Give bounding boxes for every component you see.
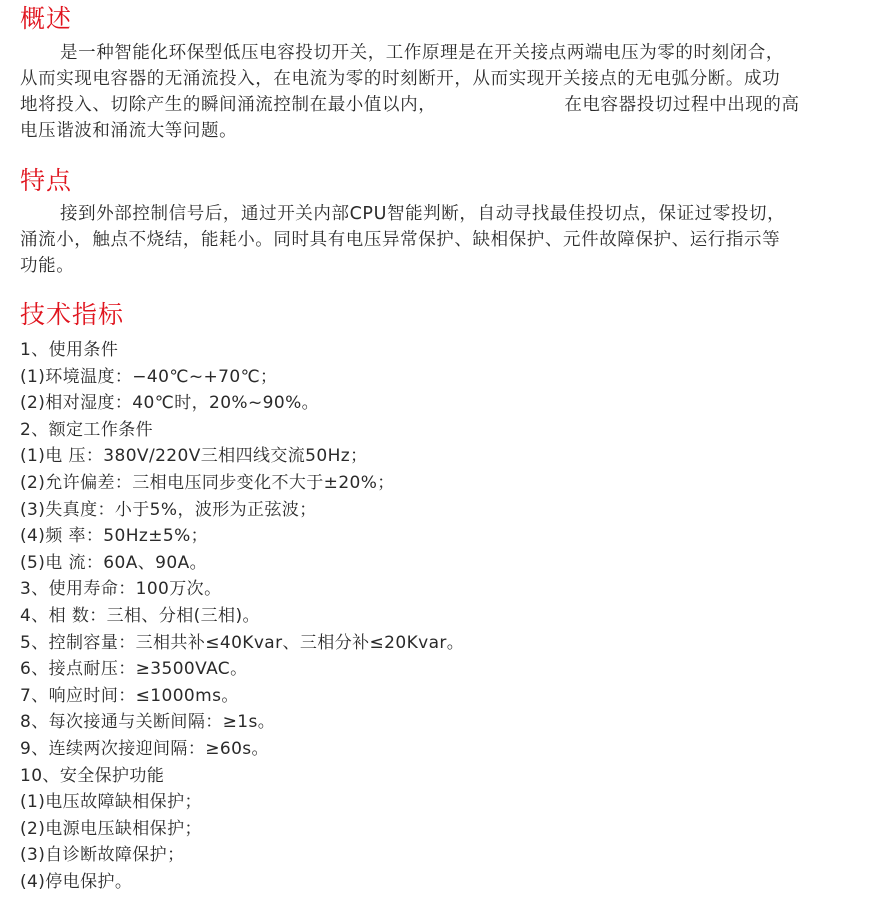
features-line-1: 接到外部控制信号后，通过开关内部CPU智能判断，自动寻找最佳投切点，保证过零投切… [20,201,866,227]
overview-line-1: 是一种智能化环保型低压电容投切开关，工作原理是在开关接点两端电压为零的时刻闭合， [20,40,866,66]
spec-item: (4)频 率：50Hz±5%； [20,523,464,550]
spec-item: 7、响应时间：≤1000ms。 [20,683,464,710]
spec-item: 3、使用寿命：100万次。 [20,576,464,603]
features-line-2: 涌流小，触点不烧结，能耗小。同时具有电压异常保护、缺相保护、元件故障保护、运行指… [20,227,866,253]
spec-item: (5)电 流：60A、90A。 [20,550,464,577]
spec-item: 5、控制容量：三相共补≤40Kvar、三相分补≤20Kvar。 [20,630,464,657]
features-line-3: 功能。 [20,253,866,279]
spec-item: 9、连续两次接迎间隔：≥60s。 [20,736,464,763]
spec-item: 4、相 数：三相、分相(三相)。 [20,603,464,630]
spec-item: 6、接点耐压：≥3500VAC。 [20,656,464,683]
spec-item: (1)电 压：380V/220V三相四线交流50Hz； [20,443,464,470]
features-paragraph: 接到外部控制信号后，通过开关内部CPU智能判断，自动寻找最佳投切点，保证过零投切… [20,201,866,279]
spec-item: (3)自诊断故障保护； [20,842,464,869]
spec-item: 10、安全保护功能 [20,763,464,790]
overview-line-3: 地将投入、切除产生的瞬间涌流控制在最小值以内，在电容器投切过程中出现的高 [20,92,866,118]
spec-item: (2)允许偏差：三相电压同步变化不大于±20%； [20,470,464,497]
spec-item: 2、额定工作条件 [20,417,464,444]
overview-line-3a-text: 地将投入、切除产生的瞬间涌流控制在最小值以内， [20,95,436,115]
overview-heading: 概述 [20,4,72,34]
overview-line-3b-text: 在电容器投切过程中出现的高 [564,95,799,115]
overview-line-2: 从而实现电容器的无涌流投入，在电流为零的时刻断开，从而实现开关接点的无电弧分断。… [20,66,866,92]
spec-item: (3)失真度：小于5%，波形为正弦波； [20,497,464,524]
overview-line-4: 电压谐波和涌流大等问题。 [20,118,866,144]
specs-heading: 技术指标 [20,300,124,330]
spec-item: (4)停电保护。 [20,869,464,896]
features-line-1-text: 接到外部控制信号后，通过开关内部CPU智能判断，自动寻找最佳投切点，保证过零投切… [60,204,785,224]
spec-item: (1)电压故障缺相保护； [20,789,464,816]
overview-line-1-text: 是一种智能化环保型低压电容投切开关，工作原理是在开关接点两端电压为零的时刻闭合， [60,43,784,63]
spec-item: (1)环境温度：−40℃~+70℃； [20,364,464,391]
overview-paragraph: 是一种智能化环保型低压电容投切开关，工作原理是在开关接点两端电压为零的时刻闭合，… [20,40,866,144]
spec-item: (2)相对湿度：40℃时，20%~90%。 [20,390,464,417]
spec-item: (2)电源电压缺相保护； [20,816,464,843]
features-heading: 特点 [20,166,72,196]
spec-item: 1、使用条件 [20,337,464,364]
spec-item: 8、每次接通与关断间隔：≥1s。 [20,709,464,736]
specs-list: 1、使用条件 (1)环境温度：−40℃~+70℃； (2)相对湿度：40℃时，2… [20,337,464,895]
